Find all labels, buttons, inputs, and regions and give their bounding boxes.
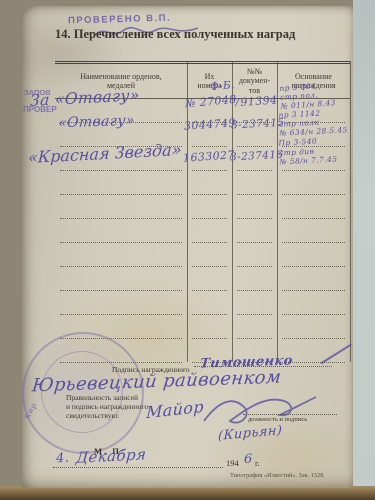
award-name-2: «Отвагу» [57,113,135,132]
table-row [55,267,350,291]
scanned-award-document: ПРОВЕРЕНО В.П. 14. Перечисление всех пол… [0,0,375,500]
date-line [53,467,223,468]
date-year-suffix: г. [255,458,260,468]
table-row [55,195,350,219]
table-row [55,171,350,195]
section-heading: 14. Перечисление всех полученных наград [55,27,355,42]
award-basis-2: пр 3 1142 стр полк № 634/н 28.5.45 [278,107,348,138]
header-annotation: Ф-Б. [210,79,236,93]
table-row [55,219,350,243]
award-basis-3: Пр 3-540 стр див № 58/н 7.7.45 [278,136,337,167]
table-right-border [350,61,351,362]
award-basis-1: пр 3 804 стр пол. № 011/н 8.43 [279,80,336,111]
position-label: должность и подпись [248,416,307,423]
scanner-background [353,0,375,486]
paper-bottom-edge [0,486,375,500]
date-month: Декабря [75,445,147,467]
seal-rim-text: Кир [23,401,39,421]
table-row [55,243,350,267]
printer-imprint: Типография «Известий». Зак. 1528. [230,472,325,479]
date-year-printed: 194 [226,458,239,468]
date-day: 4. [56,451,70,467]
date-year-digit: 6 [244,452,253,467]
document-paper: ПРОВЕРЕНО В.П. 14. Перечисление всех пол… [22,6,353,488]
position-line [243,414,337,415]
table-row [55,291,350,315]
